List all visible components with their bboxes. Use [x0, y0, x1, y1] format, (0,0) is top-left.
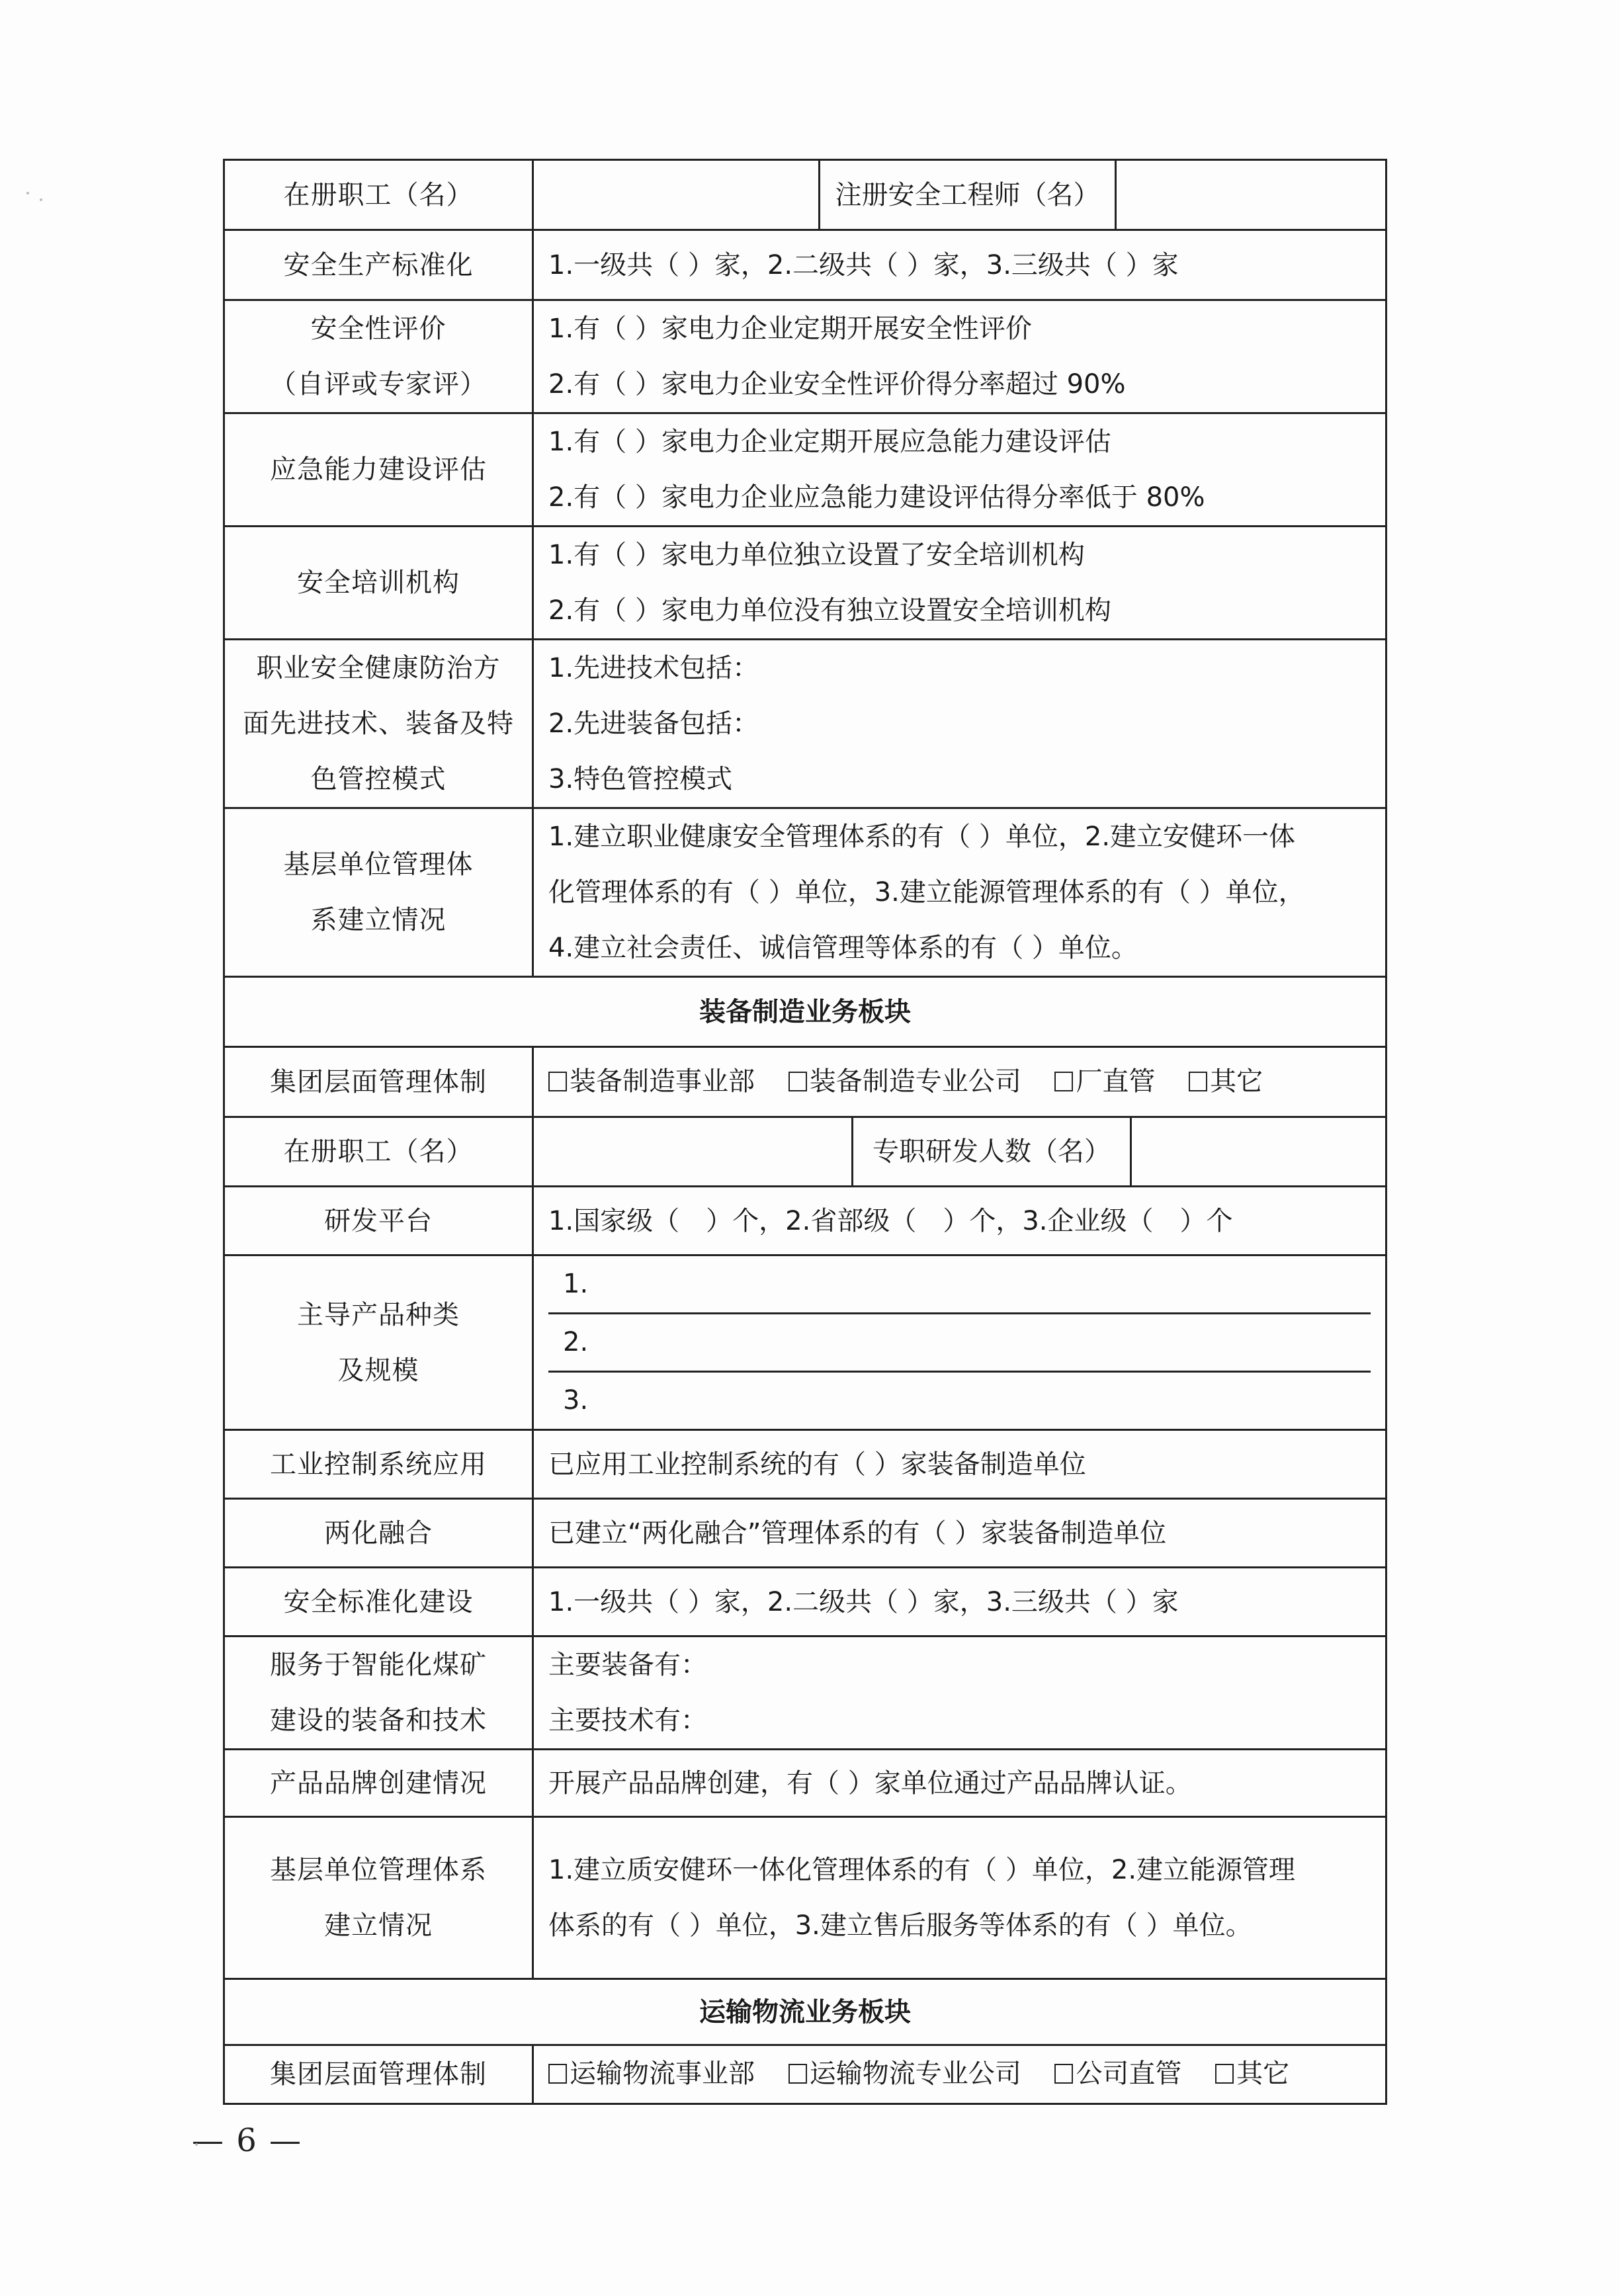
- option-logistics-company[interactable]: 运输物流专业公司: [789, 2046, 1021, 2102]
- option-company-direct[interactable]: 公司直管: [1054, 2046, 1181, 2102]
- row-content-line: 4.建立社会责任、诚信管理等体系的有（ ）单位。: [548, 920, 1371, 976]
- table-row: 主导产品种类 及规模 1. 2. 3.: [224, 1255, 1386, 1430]
- scan-speck: [26, 192, 29, 194]
- row-content-line: 1.有（ ）家电力单位独立设置了安全培训机构: [548, 527, 1371, 583]
- checkbox-icon[interactable]: [548, 2064, 567, 2084]
- section-title-logistics: 运输物流业务板块: [224, 1979, 1386, 2045]
- section-title-equipment: 装备制造业务板块: [224, 977, 1386, 1047]
- row-label: 在册职工（名）: [224, 160, 533, 230]
- rnd-staff-value-field[interactable]: [1130, 1118, 1371, 1185]
- row-label: 色管控模式: [239, 751, 517, 807]
- row-content-line: 3.特色管控模式: [548, 751, 1371, 807]
- row-content-line: 2.有（ ）家电力单位没有独立设置安全培训机构: [548, 583, 1371, 638]
- option-other[interactable]: 其它: [1215, 2046, 1289, 2102]
- option-factory-direct[interactable]: 厂直管: [1054, 1054, 1155, 1109]
- row-content: 已建立“两化融合”管理体系的有（ ）家装备制造单位: [533, 1499, 1386, 1568]
- row-label: 集团层面管理体制: [224, 2045, 533, 2104]
- sub-label: 专职研发人数（名）: [851, 1118, 1130, 1185]
- row-label: 建立情况: [239, 1898, 517, 1953]
- table-row: 安全生产标准化 1.一级共（ ）家，2.二级共（ ）家，3.三级共（ ）家: [224, 230, 1386, 300]
- row-label: 职业安全健康防治方: [239, 640, 517, 696]
- table-row: 两化融合 已建立“两化融合”管理体系的有（ ）家装备制造单位: [224, 1499, 1386, 1568]
- table-row: 在册职工（名） 注册安全工程师（名）: [224, 160, 1386, 230]
- row-content-line: 1.有（ ）家电力企业定期开展应急能力建设评估: [548, 414, 1371, 470]
- row-label: （自评或专家评）: [239, 357, 517, 412]
- row-label: 研发平台: [224, 1187, 533, 1255]
- row-content-line: 2.有（ ）家电力企业安全性评价得分率超过 90%: [548, 357, 1371, 412]
- table-row: 基层单位管理体 系建立情况 1.建立职业健康安全管理体系的有（ ）单位，2.建立…: [224, 808, 1386, 977]
- table-row: 服务于智能化煤矿 建设的装备和技术 主要装备有： 主要技术有：: [224, 1637, 1386, 1750]
- row-label: 安全培训机构: [224, 527, 533, 640]
- table-row: 安全性评价 （自评或专家评） 1.有（ ）家电力企业定期开展安全性评价 2.有（…: [224, 300, 1386, 413]
- row-content: 已应用工业控制系统的有（ ）家装备制造单位: [533, 1430, 1386, 1499]
- row-content-line: 1.先进技术包括：: [548, 640, 1371, 696]
- checkbox-icon[interactable]: [1054, 1072, 1073, 1091]
- table-row: 职业安全健康防治方 面先进技术、装备及特 色管控模式 1.先进技术包括： 2.先…: [224, 640, 1386, 808]
- row-content-line: 体系的有（ ）单位，3.建立售后服务等体系的有（ ）单位。: [548, 1898, 1371, 1953]
- equipment-staff-value-field[interactable]: [548, 1118, 851, 1185]
- checkbox-icon[interactable]: [1189, 1072, 1207, 1091]
- checkbox-icon[interactable]: [548, 1072, 567, 1091]
- option-equipment-company[interactable]: 装备制造专业公司: [789, 1054, 1021, 1109]
- row-label: 及规模: [239, 1343, 517, 1398]
- row-label: 安全生产标准化: [224, 230, 533, 300]
- product-line-field[interactable]: 1.: [548, 1256, 1371, 1314]
- option-equipment-division[interactable]: 装备制造事业部: [548, 1054, 755, 1109]
- row-label: 两化融合: [224, 1499, 533, 1568]
- row-content-line: 1.建立质安健环一体化管理体系的有（ ）单位，2.建立能源管理: [548, 1842, 1371, 1898]
- checkbox-icon[interactable]: [789, 1072, 807, 1091]
- checkbox-icon[interactable]: [1215, 2064, 1234, 2084]
- row-label: 安全性评价: [239, 301, 517, 357]
- table-row: 工业控制系统应用 已应用工业控制系统的有（ ）家装备制造单位: [224, 1430, 1386, 1499]
- row-label: 安全标准化建设: [224, 1568, 533, 1637]
- page-number: — 6 —: [192, 2122, 302, 2159]
- scan-speck: [195, 2143, 198, 2146]
- row-label: 在册职工（名）: [224, 1117, 533, 1187]
- table-row: 研发平台 1.国家级（ ）个，2.省部级（ ）个，3.企业级（ ）个: [224, 1187, 1386, 1255]
- row-label: 面先进技术、装备及特: [239, 696, 517, 751]
- row-label: 工业控制系统应用: [224, 1430, 533, 1499]
- row-content: 开展产品品牌创建，有（ ）家单位通过产品品牌认证。: [533, 1750, 1386, 1817]
- registered-staff-value-field[interactable]: [548, 161, 818, 229]
- row-content: 1.一级共（ ）家，2.二级共（ ）家，3.三级共（ ）家: [533, 230, 1386, 300]
- row-label: 服务于智能化煤矿: [239, 1637, 517, 1693]
- section-header-row: 运输物流业务板块: [224, 1979, 1386, 2045]
- enterprise-survey-form: 在册职工（名） 注册安全工程师（名） 安全生产标准化 1.一级共（ ）家，2.二…: [223, 159, 1387, 2105]
- table-row: 产品品牌创建情况 开展产品品牌创建，有（ ）家单位通过产品品牌认证。: [224, 1750, 1386, 1817]
- row-content-line: 1.有（ ）家电力企业定期开展安全性评价: [548, 301, 1371, 357]
- row-content-line: 主要技术有：: [548, 1693, 1371, 1748]
- row-label: 应急能力建设评估: [224, 413, 533, 527]
- table-row: 集团层面管理体制 装备制造事业部 装备制造专业公司 厂直管 其它: [224, 1047, 1386, 1117]
- row-content-line: 主要装备有：: [548, 1637, 1371, 1693]
- row-label: 集团层面管理体制: [224, 1047, 533, 1117]
- safety-engineer-value-field[interactable]: [1115, 161, 1371, 229]
- section-header-row: 装备制造业务板块: [224, 977, 1386, 1047]
- row-content-line: 2.先进装备包括：: [548, 696, 1371, 751]
- option-logistics-division[interactable]: 运输物流事业部: [548, 2046, 755, 2102]
- row-content-line: 1.建立职业健康安全管理体系的有（ ）单位，2.建立安健环一体: [548, 809, 1371, 865]
- row-content-line: 2.有（ ）家电力企业应急能力建设评估得分率低于 80%: [548, 470, 1371, 525]
- row-label: 系建立情况: [239, 892, 517, 948]
- product-line-field[interactable]: 2.: [548, 1314, 1371, 1373]
- row-label: 建设的装备和技术: [239, 1693, 517, 1748]
- document-page: 在册职工（名） 注册安全工程师（名） 安全生产标准化 1.一级共（ ）家，2.二…: [0, 0, 1620, 2296]
- option-other[interactable]: 其它: [1189, 1054, 1263, 1109]
- table-row: 集团层面管理体制 运输物流事业部 运输物流专业公司 公司直管 其它: [224, 2045, 1386, 2104]
- sub-label: 注册安全工程师（名）: [818, 161, 1115, 229]
- row-label: 主导产品种类: [239, 1287, 517, 1343]
- checkbox-icon[interactable]: [789, 2064, 807, 2084]
- table-row: 安全标准化建设 1.一级共（ ）家，2.二级共（ ）家，3.三级共（ ）家: [224, 1568, 1386, 1637]
- checkbox-icon[interactable]: [1054, 2064, 1073, 2084]
- row-label: 基层单位管理体系: [239, 1842, 517, 1898]
- table-row: 安全培训机构 1.有（ ）家电力单位独立设置了安全培训机构 2.有（ ）家电力单…: [224, 527, 1386, 640]
- table-row: 应急能力建设评估 1.有（ ）家电力企业定期开展应急能力建设评估 2.有（ ）家…: [224, 413, 1386, 527]
- product-line-field[interactable]: 3.: [548, 1373, 1371, 1429]
- row-content: 1.一级共（ ）家，2.二级共（ ）家，3.三级共（ ）家: [533, 1568, 1386, 1637]
- table-row: 在册职工（名） 专职研发人数（名）: [224, 1117, 1386, 1187]
- row-content: 1.国家级（ ）个，2.省部级（ ）个，3.企业级（ ）个: [533, 1187, 1386, 1255]
- scan-speck: [40, 198, 42, 201]
- row-label: 基层单位管理体: [239, 837, 517, 892]
- table-row: 基层单位管理体系 建立情况 1.建立质安健环一体化管理体系的有（ ）单位，2.建…: [224, 1817, 1386, 1979]
- row-content-line: 化管理体系的有（ ）单位，3.建立能源管理体系的有（ ）单位，: [548, 865, 1371, 920]
- row-label: 产品品牌创建情况: [224, 1750, 533, 1817]
